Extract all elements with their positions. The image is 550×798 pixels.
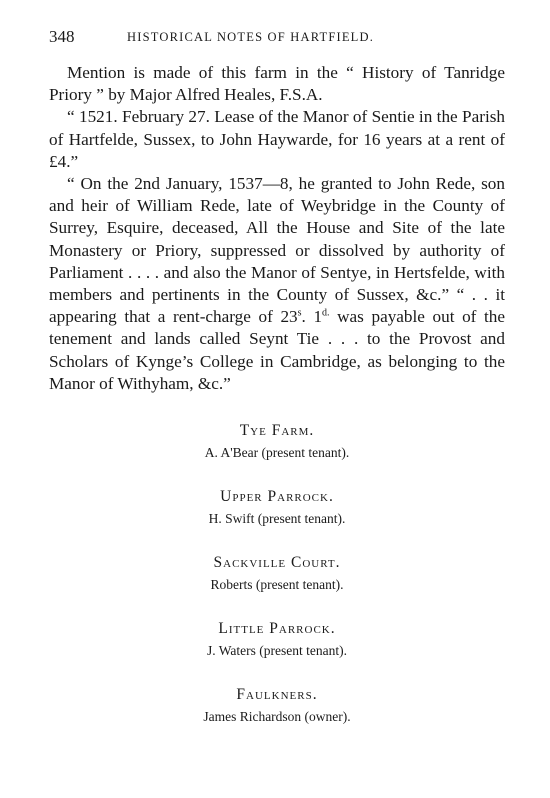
entry-upper-parrock: Upper Parrock. H. Swift (present tenant)… [49,486,505,530]
running-title: HISTORICAL NOTES OF HARTFIELD. [127,30,374,45]
entry-title: Little Parrock. [49,618,505,640]
entry-title: Faulkners. [49,684,505,706]
entry-title: Upper Parrock. [49,486,505,508]
paragraph-heales-mention: Mention is made of this farm in the “ Hi… [49,62,505,106]
entry-subtitle: James Richardson (owner). [49,706,505,728]
paragraph-1521-lease: “ 1521. February 27. Lease of the Manor … [49,106,505,173]
entry-tye-farm: Tye Farm. A. A'Bear (present tenant). [49,420,505,464]
page-header: 348 HISTORICAL NOTES OF HARTFIELD. [49,27,505,49]
entry-title: Sackville Court. [49,552,505,574]
grant-text: “ On the 2nd January, 1537—8, he granted… [49,174,505,326]
property-entries: Tye Farm. A. A'Bear (present tenant). Up… [49,420,505,750]
paragraph-1537-grant: “ On the 2nd January, 1537—8, he granted… [49,173,505,395]
entry-sackville-court: Sackville Court. Roberts (present tenant… [49,552,505,596]
body-text: Mention is made of this farm in the “ Hi… [49,62,505,395]
entry-subtitle: H. Swift (present tenant). [49,508,505,530]
page-number: 348 [49,27,75,47]
rent-charge-pence: 1 [313,307,322,326]
entry-subtitle: A. A'Bear (present tenant). [49,442,505,464]
entry-faulkners: Faulkners. James Richardson (owner). [49,684,505,728]
entry-title: Tye Farm. [49,420,505,442]
shillings-superscript: s [298,308,302,319]
entry-subtitle: Roberts (present tenant). [49,574,505,596]
entry-subtitle: J. Waters (present tenant). [49,640,505,662]
entry-little-parrock: Little Parrock. J. Waters (present tenan… [49,618,505,662]
rent-charge-shillings: 23 [280,307,297,326]
pence-superscript: d. [322,308,330,319]
